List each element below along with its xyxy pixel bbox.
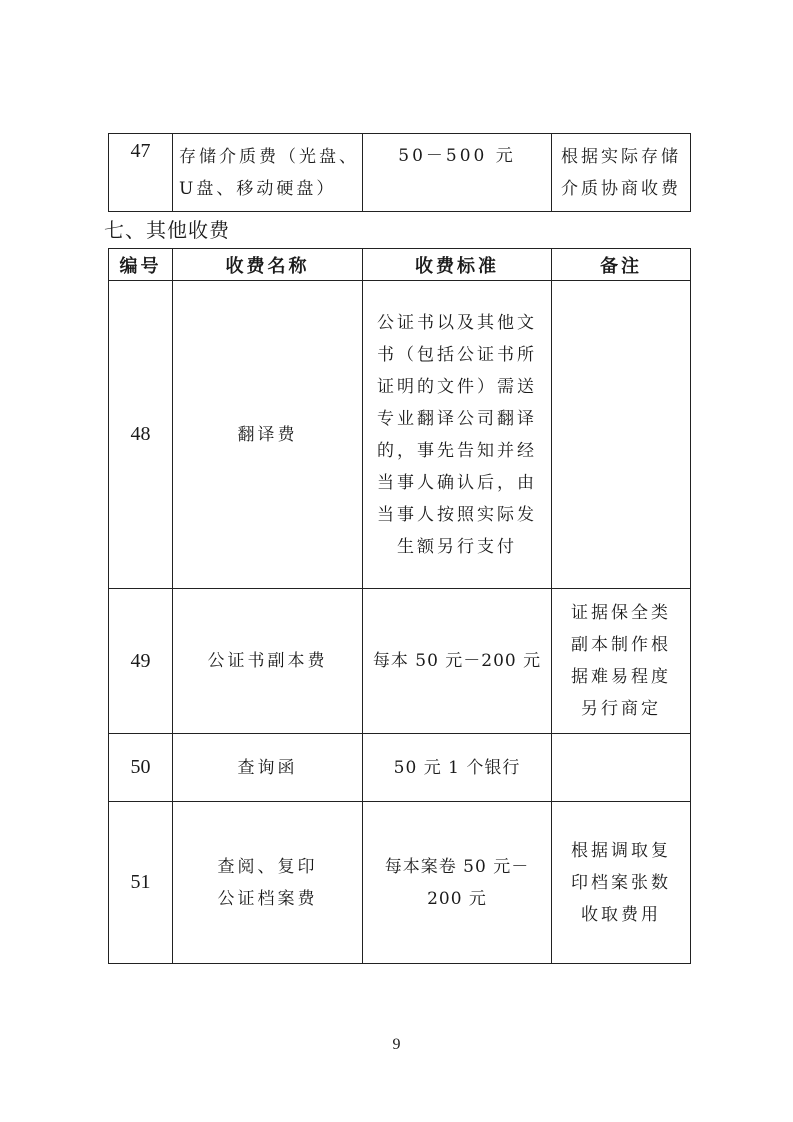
fee-name: 查阅、复印 公证档案费 bbox=[173, 802, 363, 964]
fee-name: 翻译费 bbox=[173, 281, 363, 589]
fee-name-line: 存储介质费（光盘、 bbox=[179, 141, 362, 173]
fee-standard-line: 证明的文件）需送 bbox=[363, 371, 551, 403]
header-fee-standard: 收费标准 bbox=[363, 249, 552, 281]
table-row: 50 查询函 50 元 1 个银行 bbox=[109, 734, 691, 802]
fee-standard: 50 元 1 个银行 bbox=[363, 734, 552, 802]
fee-name-line: 查阅、复印 bbox=[173, 851, 362, 883]
table-header-row: 编号 收费名称 收费标准 备注 bbox=[109, 249, 691, 281]
header-number: 编号 bbox=[109, 249, 173, 281]
fee-remark-line: 介质协商收费 bbox=[552, 173, 690, 205]
storage-fee-table: 47 存储介质费（光盘、 U盘、移动硬盘） 50－500 元 根据实际存储 介质… bbox=[108, 133, 691, 212]
fee-standard-line: 每本案卷 50 元－ bbox=[363, 851, 551, 883]
fee-remark bbox=[552, 281, 691, 589]
fee-remark: 根据实际存储 介质协商收费 bbox=[552, 134, 691, 212]
table-row: 51 查阅、复印 公证档案费 每本案卷 50 元－ 200 元 根据调取复 印档… bbox=[109, 802, 691, 964]
fee-standard-line: 的，事先告知并经 bbox=[363, 435, 551, 467]
fee-name-line: 查询函 bbox=[173, 752, 362, 784]
fee-standard-line: 200 元 bbox=[363, 883, 551, 915]
fee-remark-line: 根据实际存储 bbox=[552, 141, 690, 173]
fee-standard-line: 当事人按照实际发 bbox=[363, 499, 551, 531]
fee-remark-line: 据难易程度 bbox=[552, 661, 690, 693]
fee-remark-line: 印档案张数 bbox=[552, 867, 690, 899]
fee-standard-line: 公证书以及其他文 bbox=[363, 307, 551, 339]
fee-remark: 根据调取复 印档案张数 收取费用 bbox=[552, 802, 691, 964]
fee-name-line: 翻译费 bbox=[173, 419, 362, 451]
fee-standard-line: 书（包括公证书所 bbox=[363, 339, 551, 371]
fee-standard: 每本案卷 50 元－ 200 元 bbox=[363, 802, 552, 964]
fee-remark-line: 副本制作根 bbox=[552, 629, 690, 661]
fee-remark bbox=[552, 734, 691, 802]
fee-name: 查询函 bbox=[173, 734, 363, 802]
row-number: 51 bbox=[109, 802, 173, 964]
fee-name-line: U盘、移动硬盘） bbox=[179, 173, 362, 205]
fee-standard-line: 生额另行支付 bbox=[363, 531, 551, 563]
page-number: 9 bbox=[0, 1036, 793, 1054]
fee-standard-line: 50－500 元 bbox=[363, 140, 551, 172]
table-row: 49 公证书副本费 每本 50 元－200 元 证据保全类 副本制作根 据难易程… bbox=[109, 589, 691, 734]
fee-name-line: 公证书副本费 bbox=[173, 645, 362, 677]
fee-standard-line: 每本 50 元－200 元 bbox=[363, 645, 551, 677]
row-number: 48 bbox=[109, 281, 173, 589]
section-title: 七、其他收费 bbox=[104, 214, 230, 243]
fee-standard-line: 当事人确认后，由 bbox=[363, 467, 551, 499]
fee-name: 公证书副本费 bbox=[173, 589, 363, 734]
fee-standard-line: 50 元 1 个银行 bbox=[363, 752, 551, 784]
fee-standard: 公证书以及其他文 书（包括公证书所 证明的文件）需送 专业翻译公司翻译 的，事先… bbox=[363, 281, 552, 589]
row-number: 49 bbox=[109, 589, 173, 734]
fee-remark-line: 收取费用 bbox=[552, 899, 690, 931]
fee-remark-line: 根据调取复 bbox=[552, 835, 690, 867]
fee-name-line: 公证档案费 bbox=[173, 883, 362, 915]
fee-remark: 证据保全类 副本制作根 据难易程度 另行商定 bbox=[552, 589, 691, 734]
fee-name: 存储介质费（光盘、 U盘、移动硬盘） bbox=[173, 134, 363, 212]
table-row: 48 翻译费 公证书以及其他文 书（包括公证书所 证明的文件）需送 专业翻译公司… bbox=[109, 281, 691, 589]
header-fee-name: 收费名称 bbox=[173, 249, 363, 281]
row-number: 50 bbox=[109, 734, 173, 802]
fee-remark-line: 另行商定 bbox=[552, 693, 690, 725]
fee-remark-line: 证据保全类 bbox=[552, 597, 690, 629]
other-fees-table: 编号 收费名称 收费标准 备注 48 翻译费 公证书以及其他文 书（包括公证书所… bbox=[108, 248, 691, 964]
row-number: 47 bbox=[109, 134, 173, 212]
fee-standard: 50－500 元 bbox=[363, 134, 552, 212]
fee-standard: 每本 50 元－200 元 bbox=[363, 589, 552, 734]
table-row: 47 存储介质费（光盘、 U盘、移动硬盘） 50－500 元 根据实际存储 介质… bbox=[109, 134, 691, 212]
header-remark: 备注 bbox=[552, 249, 691, 281]
fee-standard-line: 专业翻译公司翻译 bbox=[363, 403, 551, 435]
